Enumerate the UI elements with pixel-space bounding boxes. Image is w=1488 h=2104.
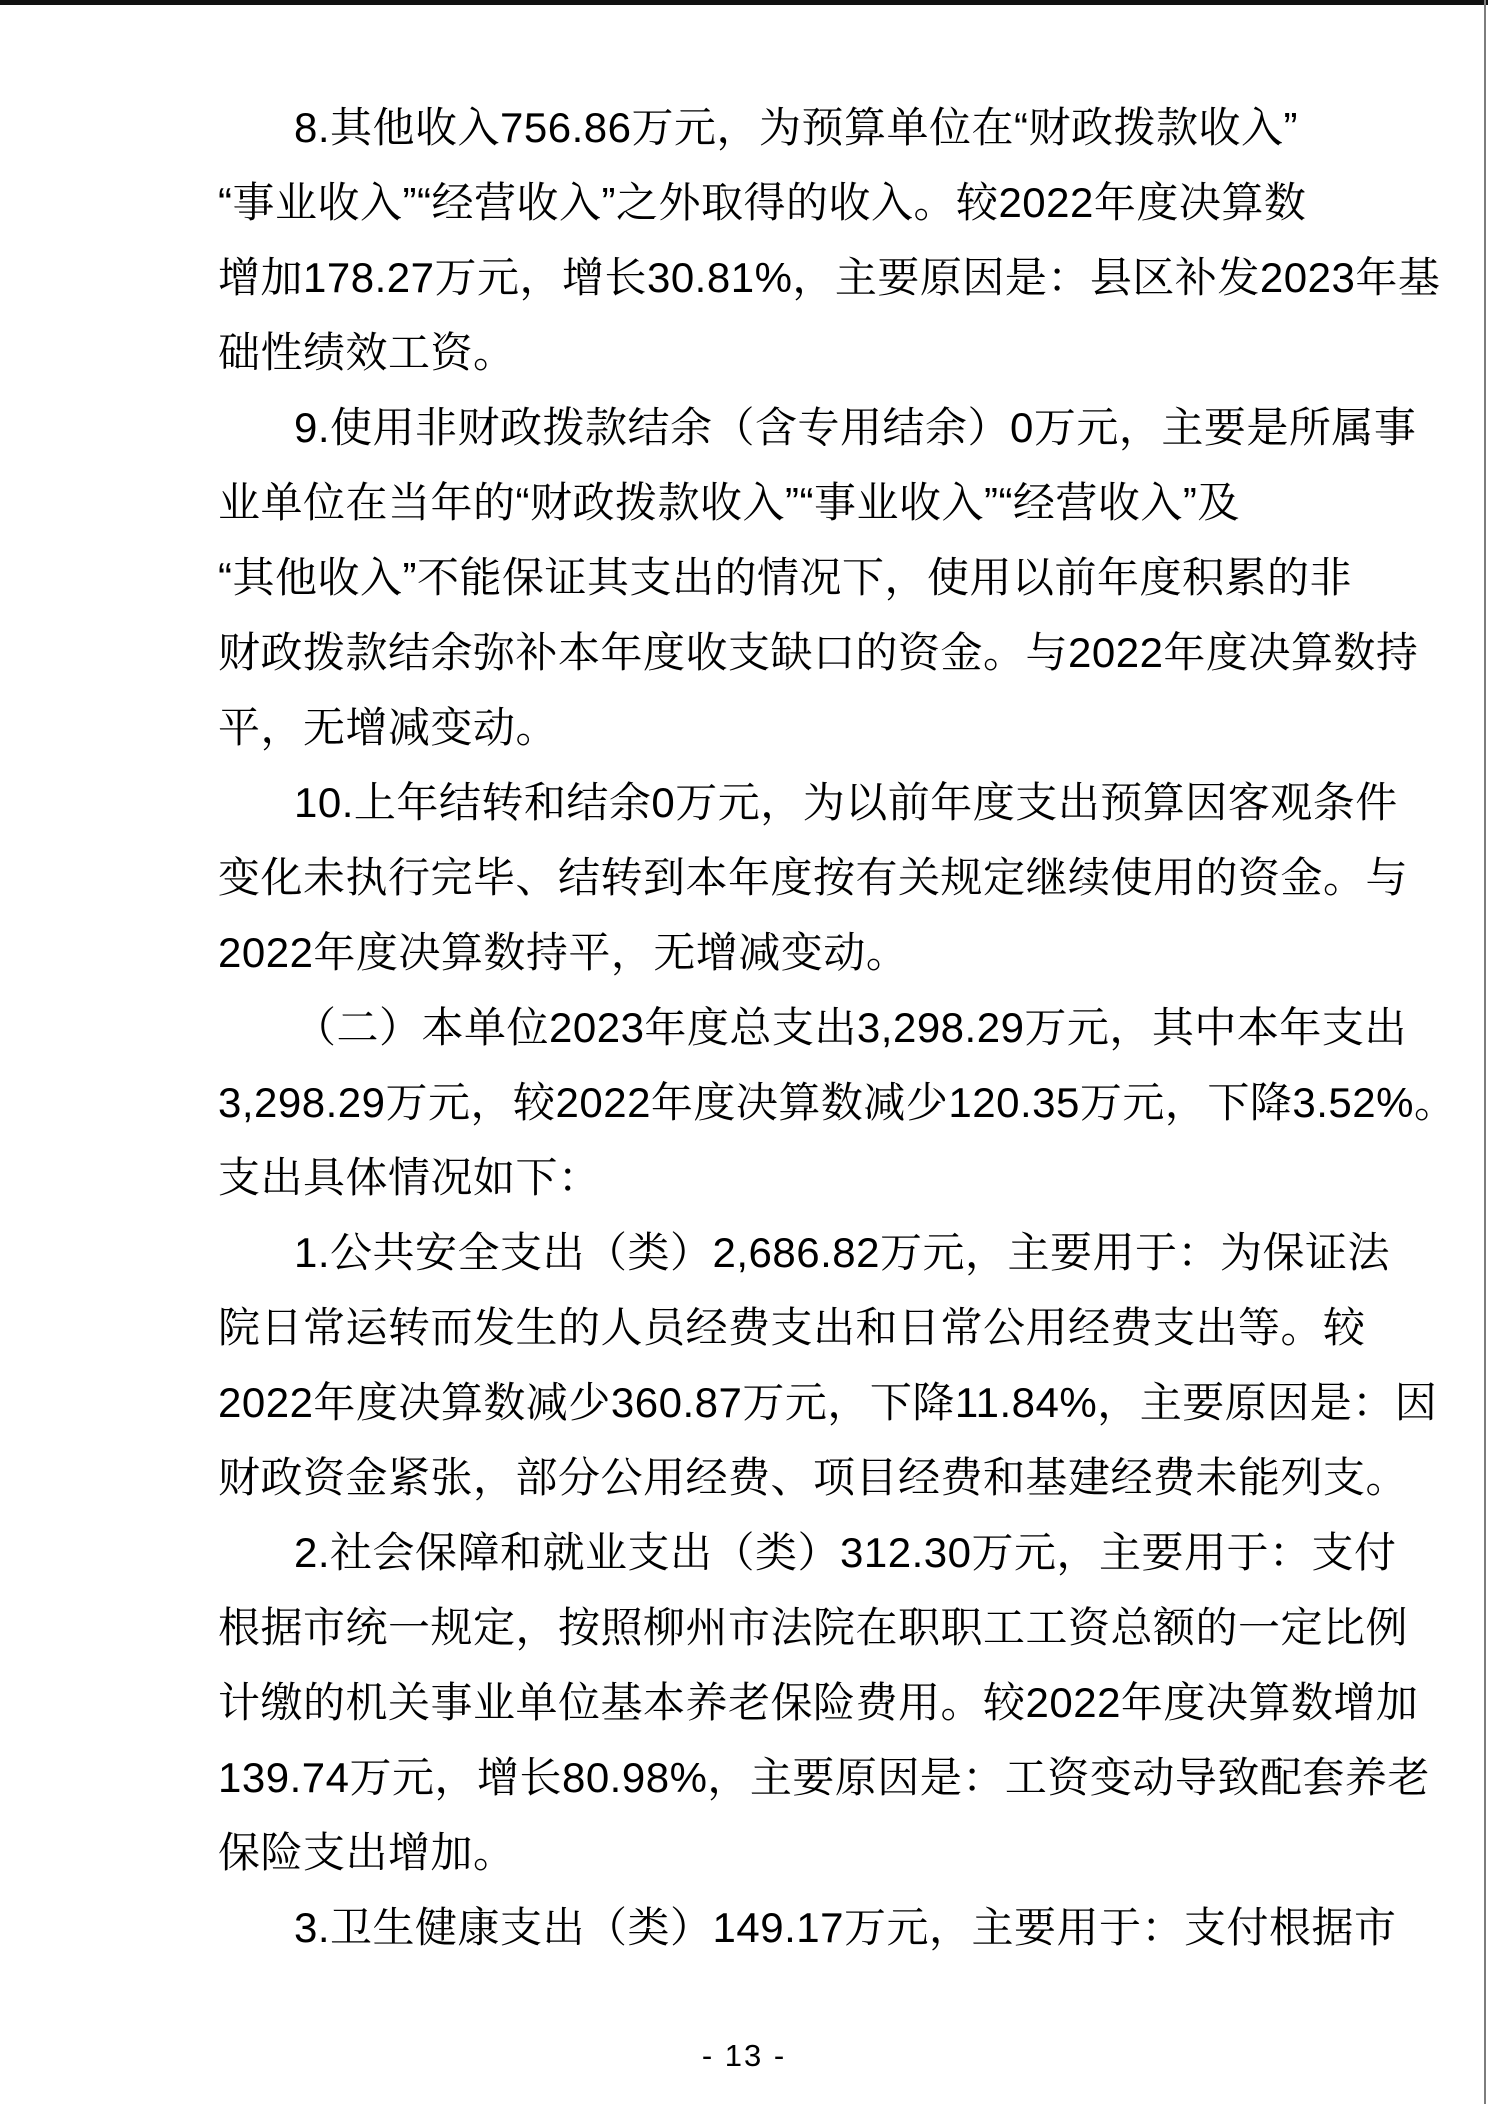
text-line: 139.74万元，增长80.98%，主要原因是：工资变动导致配套养老 [218, 1740, 1287, 1815]
text-line: 8.其他收入756.86万元，为预算单位在“财政拨款收入” [218, 90, 1287, 165]
text-line: 院日常运转而发生的人员经费支出和日常公用经费支出等。较 [218, 1290, 1287, 1365]
text-line: 增加178.27万元，增长30.81%，主要原因是：县区补发2023年基 [218, 240, 1287, 315]
paragraph: （二）本单位2023年度总支出3,298.29万元，其中本年支出 3,298.2… [218, 990, 1287, 1215]
text-line: 财政资金紧张，部分公用经费、项目经费和基建经费未能列支。 [218, 1440, 1287, 1515]
text-line: 平，无增减变动。 [218, 690, 1287, 765]
page-number: - 13 - [702, 2038, 786, 2073]
text-line: 3.卫生健康支出（类）149.17万元，主要用于：支付根据市 [218, 1890, 1287, 1965]
text-line: 业单位在当年的“财政拨款收入”“事业收入”“经营收入”及 [218, 465, 1287, 540]
text-line: 1.公共安全支出（类）2,686.82万元，主要用于：为保证法 [218, 1215, 1287, 1290]
paragraph: 10.上年结转和结余0万元，为以前年度支出预算因客观条件 变化未执行完毕、结转到… [218, 765, 1287, 990]
document-page: 8.其他收入756.86万元，为预算单位在“财政拨款收入” “事业收入”“经营收… [0, 0, 1488, 2104]
document-body: 8.其他收入756.86万元，为预算单位在“财政拨款收入” “事业收入”“经营收… [218, 90, 1287, 1965]
text-line: 2.社会保障和就业支出（类）312.30万元，主要用于：支付 [218, 1515, 1287, 1590]
page-footer: - 13 - [0, 2038, 1488, 2074]
text-line: “事业收入”“经营收入”之外取得的收入。较2022年度决算数 [218, 165, 1287, 240]
text-line: “其他收入”不能保证其支出的情况下，使用以前年度积累的非 [218, 540, 1287, 615]
text-line: 根据市统一规定，按照柳州市法院在职职工工资总额的一定比例 [218, 1590, 1287, 1665]
paragraph: 1.公共安全支出（类）2,686.82万元，主要用于：为保证法 院日常运转而发生… [218, 1215, 1287, 1515]
text-line: 3,298.29万元，较2022年度决算数减少120.35万元，下降3.52%。 [218, 1065, 1287, 1140]
paragraph: 3.卫生健康支出（类）149.17万元，主要用于：支付根据市 [218, 1890, 1287, 1965]
text-line: 9.使用非财政拨款结余（含专用结余）0万元，主要是所属事 [218, 390, 1287, 465]
paragraph: 2.社会保障和就业支出（类）312.30万元，主要用于：支付 根据市统一规定，按… [218, 1515, 1287, 1890]
text-line: 础性绩效工资。 [218, 315, 1287, 390]
text-line: 变化未执行完毕、结转到本年度按有关规定继续使用的资金。与 [218, 840, 1287, 915]
paragraph: 9.使用非财政拨款结余（含专用结余）0万元，主要是所属事 业单位在当年的“财政拨… [218, 390, 1287, 765]
text-line: （二）本单位2023年度总支出3,298.29万元，其中本年支出 [218, 990, 1287, 1065]
scan-right-edge [1484, 0, 1486, 2104]
text-line: 保险支出增加。 [218, 1815, 1287, 1890]
text-line: 2022年度决算数持平，无增减变动。 [218, 915, 1287, 990]
text-line: 支出具体情况如下： [218, 1140, 1287, 1215]
text-line: 10.上年结转和结余0万元，为以前年度支出预算因客观条件 [218, 765, 1287, 840]
scan-top-edge [0, 0, 1488, 5]
paragraph: 8.其他收入756.86万元，为预算单位在“财政拨款收入” “事业收入”“经营收… [218, 90, 1287, 390]
text-line: 财政拨款结余弥补本年度收支缺口的资金。与2022年度决算数持 [218, 615, 1287, 690]
text-line: 计缴的机关事业单位基本养老保险费用。较2022年度决算数增加 [218, 1665, 1287, 1740]
text-line: 2022年度决算数减少360.87万元，下降11.84%，主要原因是：因 [218, 1365, 1287, 1440]
